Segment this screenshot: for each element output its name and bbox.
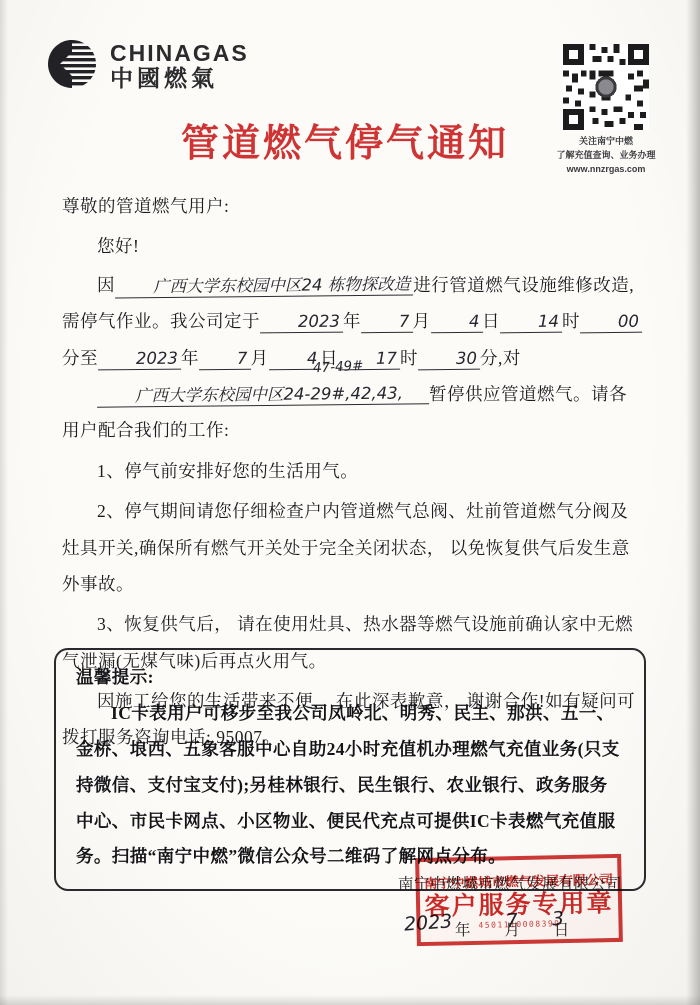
handwritten-location-1: 广西大学东校园中区24 栋物探改造 bbox=[115, 275, 413, 298]
scan-edge-shadow-bottom bbox=[0, 995, 700, 1005]
notice-title: 管道燃气停气通知 bbox=[0, 112, 700, 167]
tips-text: IC卡表用户可移步至我公司凤岭北、明秀、民主、那洪、五一、金桥、埌西、五象客服中… bbox=[76, 696, 624, 875]
stamp-code: 4501110008399 bbox=[478, 920, 560, 930]
stamp-title: 客户服务专用章 bbox=[424, 888, 614, 922]
logo-brand-en: CHINAGAS bbox=[110, 41, 249, 65]
handwritten-minute-end: 30 bbox=[418, 349, 480, 370]
handwritten-location-2: 广西大学东校园中区24-29#,42,43, bbox=[97, 384, 429, 407]
handwritten-location-2-wrap: 广西大学东校园中区24-29#,42,43,47-49# bbox=[62, 376, 429, 412]
greeting: 您好! bbox=[62, 228, 644, 264]
notice-item-2: 2、停气期间请您仔细检查户内管道燃气总阀、灶前管道燃气分阀及灶具开关,确保所有燃… bbox=[62, 493, 644, 602]
customer-service-stamp: 南宁中燃城市燃气发展有限公司 客户服务专用章 4501110008399 bbox=[415, 854, 623, 946]
handwritten-year-end: 2023 bbox=[98, 349, 181, 370]
reason-text: 因 bbox=[97, 275, 115, 295]
notice-item-1: 1、停气前安排好您的生活用气。 bbox=[62, 453, 644, 489]
stamp-company-name: 南宁中燃城市燃气发展有限公司 bbox=[424, 869, 614, 892]
notice-document: CHINAGAS 中國燃氣 bbox=[0, 0, 700, 1005]
handwritten-year-start: 2023 bbox=[260, 313, 343, 334]
tips-heading: 温馨提示: bbox=[76, 660, 624, 696]
logo-brand-cn: 中國燃氣 bbox=[110, 65, 249, 91]
signature-block: 南宁中燃城市燃气发展有限公司 年 月 日 2023 7 3 南宁中燃城市燃气发展… bbox=[0, 850, 700, 980]
reason-paragraph: 因广西大学东校园中区24 栋物探改造进行管道燃气设施维修改造,需停气作业。我公司… bbox=[62, 267, 644, 449]
salutation: 尊敬的管道燃气用户: bbox=[62, 188, 644, 224]
handwritten-month-start: 7 bbox=[361, 313, 413, 334]
chinagas-logo-icon bbox=[46, 38, 98, 95]
handwritten-month-end: 7 bbox=[199, 349, 251, 370]
handwritten-minute-start: 00 bbox=[580, 313, 642, 334]
handwritten-day-start: 4 bbox=[430, 313, 482, 334]
company-logo: CHINAGAS 中國燃氣 bbox=[46, 38, 249, 95]
handwritten-hour-start: 14 bbox=[500, 313, 562, 334]
